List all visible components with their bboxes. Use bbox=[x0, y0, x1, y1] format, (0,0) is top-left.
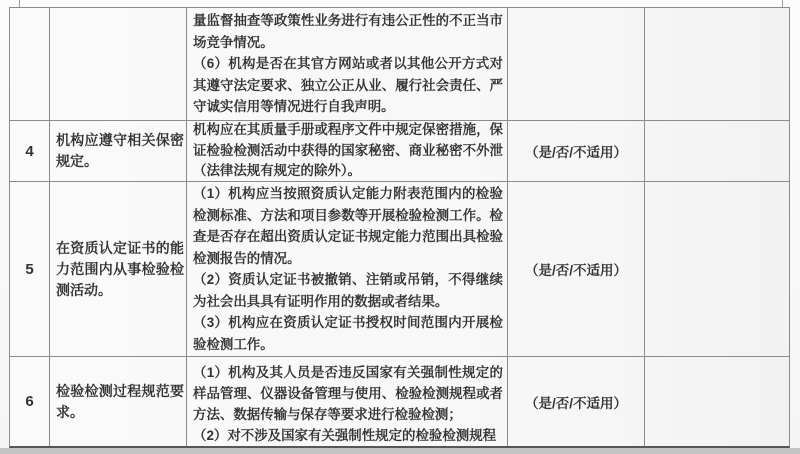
remark-cell bbox=[645, 121, 789, 182]
table-row-6: 6 检验检测过程规范要求。 （1）机构及其人员是否违反国家有关强制性规定的样品管… bbox=[10, 357, 789, 446]
answer-options-text: （是/否/不适用） bbox=[525, 141, 627, 161]
requirement-text: 检验检测过程规范要求。 bbox=[56, 381, 184, 423]
requirement-cell bbox=[50, 8, 187, 121]
detail-paragraph: （3）机构应在资质认定证书授权时间范围内开展检验检测工作。 bbox=[193, 312, 503, 355]
remark-cell bbox=[645, 357, 789, 446]
row-number: 5 bbox=[25, 261, 33, 278]
remark-cell bbox=[645, 182, 789, 357]
detail-paragraph: （1）机构应当按照资质认定能力附表范围内的检验检测标准、方法和项目参数等开展检验… bbox=[193, 183, 503, 269]
detail-cell: 量监督抽查等政策性业务进行有违公正性的不正当市场竞争情况。 （6）机构是否在其官… bbox=[187, 8, 508, 121]
detail-cell: （1）机构应当按照资质认定能力附表范围内的检验检测标准、方法和项目参数等开展检验… bbox=[187, 182, 508, 357]
row-number: 6 bbox=[25, 393, 33, 410]
detail-paragraph: （6）机构是否在其官方网站或者以其他公开方式对其遵守法定要求、独立公正从业、履行… bbox=[193, 53, 503, 118]
table-row-continuation: 量监督抽查等政策性业务进行有违公正性的不正当市场竞争情况。 （6）机构是否在其官… bbox=[10, 8, 789, 121]
answer-cell: （是/否/不适用） bbox=[508, 121, 645, 182]
answer-cell: （是/否/不适用） bbox=[508, 182, 645, 357]
table-row-5: 5 在资质认定证书的能力范围内从事检验检测活动。 （1）机构应当按照资质认定能力… bbox=[10, 182, 789, 357]
row-number-cell: 5 bbox=[10, 182, 50, 357]
row-number: 4 bbox=[25, 143, 33, 160]
requirement-text: 机构应遵守相关保密规定。 bbox=[56, 130, 184, 172]
row-number-cell: 4 bbox=[10, 121, 50, 182]
requirement-cell: 检验检测过程规范要求。 bbox=[50, 357, 187, 446]
requirement-text: 在资质认定证书的能力范围内从事检验检测活动。 bbox=[56, 238, 184, 301]
answer-options-text: （是/否/不适用） bbox=[525, 259, 627, 279]
detail-cell: 机构应在其质量手册或程序文件中规定保密措施，保证检验检测活动中获得的国家秘密、商… bbox=[187, 121, 508, 182]
inspection-checklist-table: 量监督抽查等政策性业务进行有违公正性的不正当市场竞争情况。 （6）机构是否在其官… bbox=[9, 7, 790, 448]
requirement-cell: 机构应遵守相关保密规定。 bbox=[50, 121, 187, 182]
detail-cell: （1）机构及其人员是否违反国家有关强制性规定的样品管理、仪器设备管理与使用、检验… bbox=[187, 357, 508, 446]
detail-paragraph: 量监督抽查等政策性业务进行有违公正性的不正当市场竞争情况。 bbox=[193, 10, 503, 53]
answer-options-text: （是/否/不适用） bbox=[525, 392, 627, 412]
row-number-cell bbox=[10, 8, 50, 121]
table-row-4: 4 机构应遵守相关保密规定。 机构应在其质量手册或程序文件中规定保密措施，保证检… bbox=[10, 121, 789, 182]
row-number-cell: 6 bbox=[10, 357, 50, 446]
requirement-cell: 在资质认定证书的能力范围内从事检验检测活动。 bbox=[50, 182, 187, 357]
detail-paragraph: （2）对不涉及国家有关强制性规定的检验检测规程 bbox=[193, 425, 503, 446]
page-edge-band bbox=[0, 448, 800, 454]
scanned-document-page: 量监督抽查等政策性业务进行有违公正性的不正当市场竞争情况。 （6）机构是否在其官… bbox=[0, 0, 800, 454]
detail-paragraph: （2）资质认定证书被撤销、注销或吊销，不得继续为社会出具具有证明作用的数据或者结… bbox=[193, 269, 503, 312]
detail-paragraph: 机构应在其质量手册或程序文件中规定保密措施，保证检验检测活动中获得的国家秘密、商… bbox=[193, 121, 503, 182]
remark-cell bbox=[645, 8, 789, 121]
answer-cell: （是/否/不适用） bbox=[508, 357, 645, 446]
answer-cell bbox=[508, 8, 645, 121]
detail-paragraph: （1）机构及其人员是否违反国家有关强制性规定的样品管理、仪器设备管理与使用、检验… bbox=[193, 362, 503, 425]
